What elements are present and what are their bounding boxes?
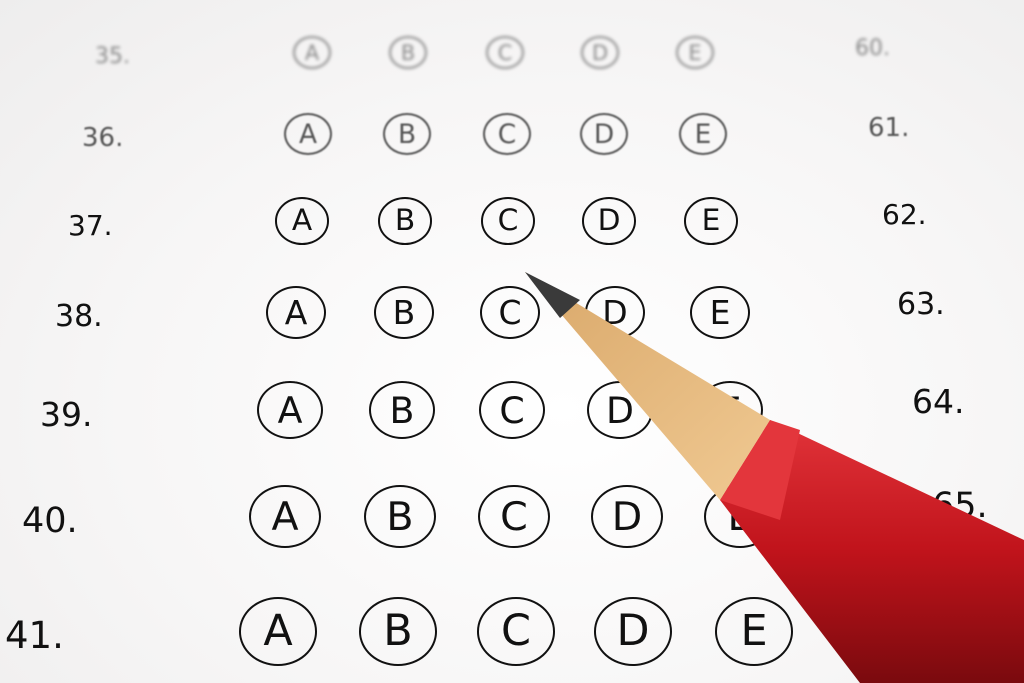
question-number: 41. [5,614,64,657]
answer-bubble-d[interactable]: D [591,485,663,548]
answer-bubble-d[interactable]: D [594,597,672,666]
answer-bubble-e[interactable]: E [690,286,750,339]
answer-bubble-b[interactable]: B [359,597,437,666]
answer-bubble-b[interactable]: B [374,286,434,339]
question-number: 36. [82,123,123,153]
answer-bubble-a[interactable]: A [284,113,332,155]
question-number: 65. [932,486,988,526]
answer-bubble-d[interactable]: D [581,36,619,69]
answer-bubble-c[interactable]: C [479,381,545,439]
answer-bubble-c[interactable]: C [477,597,555,666]
question-number: 37. [68,209,113,242]
question-number: 40. [22,501,78,541]
answer-bubble-e[interactable]: E [676,36,714,69]
answer-bubble-a[interactable]: A [266,286,326,339]
answer-bubble-a[interactable]: A [293,36,331,69]
question-number: 63. [897,287,945,322]
question-number: 64. [912,382,964,421]
question-number: 62. [882,198,927,231]
answer-bubble-d[interactable]: D [580,113,628,155]
answer-bubble-d[interactable]: D [585,286,645,339]
answer-bubble-e[interactable]: E [679,113,727,155]
answer-bubble-b[interactable]: B [389,36,427,69]
answer-bubble-a[interactable]: A [239,597,317,666]
answer-bubble-e[interactable]: E [715,597,793,666]
answer-bubble-c[interactable]: C [486,36,524,69]
question-number: 60. [855,36,890,61]
answer-bubble-e[interactable]: E [704,485,776,548]
question-number: 39. [40,395,92,434]
answer-bubble-c[interactable]: C [480,286,540,339]
answer-bubble-d[interactable]: D [587,381,653,439]
answer-bubble-b[interactable]: B [364,485,436,548]
answer-bubble-c[interactable]: C [483,113,531,155]
question-number: 61. [868,113,909,143]
answer-bubble-e[interactable]: E [697,381,763,439]
answer-bubble-c[interactable]: C [481,197,535,245]
answer-bubble-b[interactable]: B [378,197,432,245]
answer-bubble-a[interactable]: A [275,197,329,245]
answer-bubble-b[interactable]: B [369,381,435,439]
answer-bubble-c[interactable]: C [478,485,550,548]
question-number: 38. [55,299,103,334]
answer-bubble-a[interactable]: A [249,485,321,548]
answer-bubble-e[interactable]: E [684,197,738,245]
question-number: 35. [95,44,130,69]
answer-sheet: 35.ABCDE60.36.ABCDE61.37.ABCDE62.38.ABCD… [0,0,1024,683]
answer-bubble-a[interactable]: A [257,381,323,439]
answer-bubble-d[interactable]: D [582,197,636,245]
answer-bubble-b[interactable]: B [383,113,431,155]
